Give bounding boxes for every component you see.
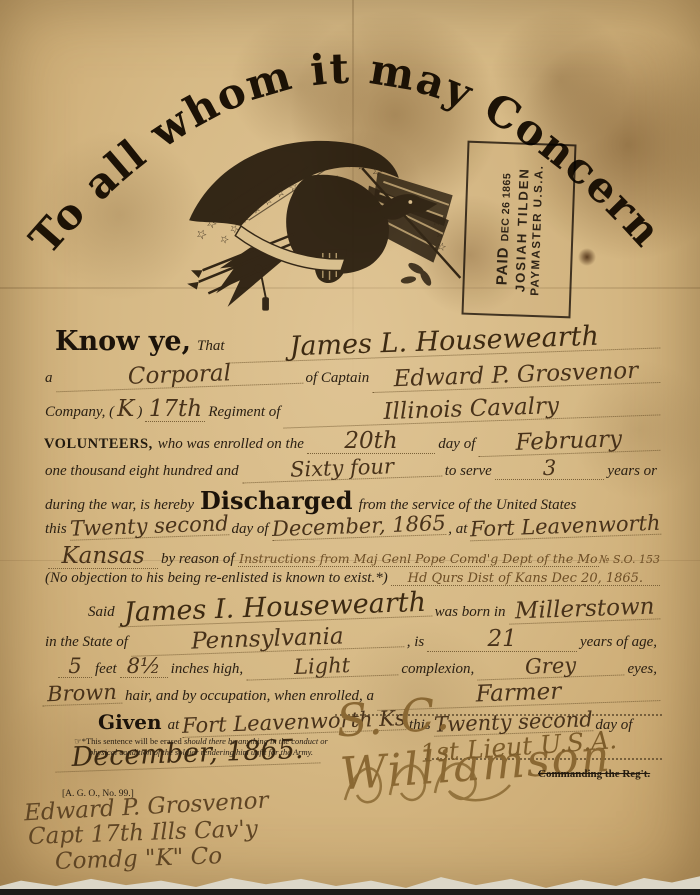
- printed-text: years of age,: [577, 634, 660, 651]
- printed-text: day of: [435, 436, 478, 453]
- printed-text: years or: [604, 463, 660, 480]
- document-line: Know ye, That James L. Housewearth: [52, 326, 660, 357]
- commanding-label: Commanding the Reg't.: [538, 768, 650, 780]
- signature-flourish-icon: [335, 745, 515, 815]
- printed-text: complexion,: [398, 661, 477, 678]
- enroll-month-entry: February: [478, 427, 660, 457]
- enroll-year-entry: Sixty four: [241, 455, 442, 484]
- printed-text: who was enrolled on the: [155, 436, 307, 453]
- volunteers-label: VOLUNTEERS,: [42, 436, 155, 453]
- printed-text: day of: [228, 521, 271, 538]
- printed-text: feet: [92, 661, 120, 678]
- soldier-name: James L. Housewearth: [227, 320, 660, 363]
- printed-text: Regiment of: [205, 404, 283, 421]
- rank-entry: Corporal: [55, 360, 303, 393]
- printed-text: a: [42, 370, 56, 387]
- document-line: Kansas by reason of Instructions from Ma…: [48, 545, 660, 569]
- printed-text: of Captain: [302, 370, 372, 387]
- stamp-paymaster-role: PAYMASTER U.S.A.: [529, 164, 546, 296]
- headquarters-annotation: Hd Qurs Dist of Kans Dec 20, 1865.: [391, 572, 660, 586]
- company-letter-entry: K: [117, 398, 134, 421]
- discharge-day-entry: Twenty second: [69, 513, 228, 541]
- printed-text: during the war, is hereby: [42, 497, 197, 514]
- printed-text: Company, (: [42, 404, 117, 421]
- that-label: That: [194, 338, 228, 355]
- document-line: one thousand eight hundred and Sixty fou…: [42, 458, 660, 480]
- printed-text: from the service of the United States: [356, 497, 580, 514]
- document-line: VOLUNTEERS, who was enrolled on the 20th…: [42, 430, 660, 454]
- reason-annotation: Instructions from Maj Genl Pope Comd'g D…: [238, 553, 599, 567]
- height-inches-entry: 8½: [120, 656, 168, 678]
- regiment-name-entry: Illinois Cavalry: [283, 391, 660, 428]
- printed-text: in the State of: [42, 634, 131, 651]
- know-ye-label: Know ye,: [52, 326, 194, 357]
- document-line: in the State of Pennsylvania , is 21 yea…: [42, 628, 660, 652]
- stamp-date: DEC 26 1865: [499, 173, 513, 242]
- birth-state-entry: Pennsylvania: [131, 623, 404, 657]
- printed-text: , at: [445, 521, 470, 538]
- printed-text: this: [42, 521, 70, 538]
- document-line: during the war, is hereby Discharged fro…: [42, 486, 660, 515]
- discharge-state-entry: Kansas: [48, 545, 158, 569]
- printed-text: to serve: [442, 463, 495, 480]
- printed-text: , is: [404, 634, 428, 651]
- printed-text: Said: [85, 604, 118, 621]
- stamp-paid-line: PAID DEC 26 1865: [493, 172, 514, 285]
- footnote-lead: ☞*This sentence will be erased: [74, 736, 184, 746]
- paper-sheet: To all whom it may Concern. ☆☆☆☆☆☆☆☆☆☆☆☆…: [0, 0, 700, 895]
- eagle-engraving-icon: ☆☆☆☆☆☆☆☆☆☆☆☆☆☆ ☆☆☆☆☆☆☆☆☆☆ ☆☆☆: [170, 126, 466, 328]
- printed-text: was born in: [432, 604, 509, 621]
- discharge-month-entry: December, 1865: [271, 513, 445, 541]
- stamp-paid: PAID: [493, 246, 511, 285]
- enroll-day-entry: 20th: [307, 430, 435, 454]
- printed-text: one thousand eight hundred and: [42, 463, 242, 480]
- captain-name-entry: Edward P. Grosvenor: [372, 359, 660, 393]
- printed-text: inches high,: [168, 661, 247, 678]
- eagle-figure: [187, 141, 460, 311]
- printed-text: ): [134, 404, 145, 421]
- paymaster-paid-stamp: PAID DEC 26 1865 JOSIAH TILDEN PAYMASTER…: [461, 141, 576, 319]
- document-line: Company, ( K ) 17th Regiment of Illinois…: [42, 398, 660, 422]
- height-feet-entry: 5: [58, 656, 92, 678]
- scan-edge: [0, 889, 700, 895]
- endorsement-company: Comdg "K" Co: [55, 843, 223, 875]
- discharge-place-entry: Fort Leavenworth: [470, 513, 661, 542]
- stamp-paymaster-name: JOSIAH TILDEN: [512, 167, 531, 292]
- printed-text: by reason of: [158, 551, 238, 568]
- document-line: (No objection to his being re-enlisted i…: [42, 570, 660, 587]
- special-order-annotation: № S.O. 153: [599, 554, 660, 565]
- hair-color-entry: Brown: [42, 682, 123, 707]
- scanned-document: To all whom it may Concern. ☆☆☆☆☆☆☆☆☆☆☆☆…: [0, 0, 700, 895]
- printed-text: at: [165, 717, 183, 734]
- document-line: a Corporal of Captain Edward P. Grosveno…: [42, 364, 660, 388]
- complexion-entry: Light: [246, 653, 399, 680]
- printed-text: (No objection to his being re-enlisted i…: [42, 570, 391, 587]
- document-line: this Twenty second day of December, 1865…: [42, 516, 660, 538]
- service-term-entry: 3: [495, 458, 605, 480]
- age-entry: 21: [427, 628, 577, 652]
- document-line: Said James I. Housewearth was born in Mi…: [85, 594, 660, 622]
- regiment-number-entry: 17th: [145, 398, 205, 422]
- footnote: ☞*This sentence will be erased should th…: [70, 736, 332, 758]
- soldier-name-repeat: James I. Housewearth: [117, 589, 432, 628]
- document-line: 5 feet 8½ inches high, Light complexion,…: [58, 656, 660, 678]
- given-label: Given: [95, 710, 165, 734]
- birthplace-entry: Millerstown: [508, 595, 660, 624]
